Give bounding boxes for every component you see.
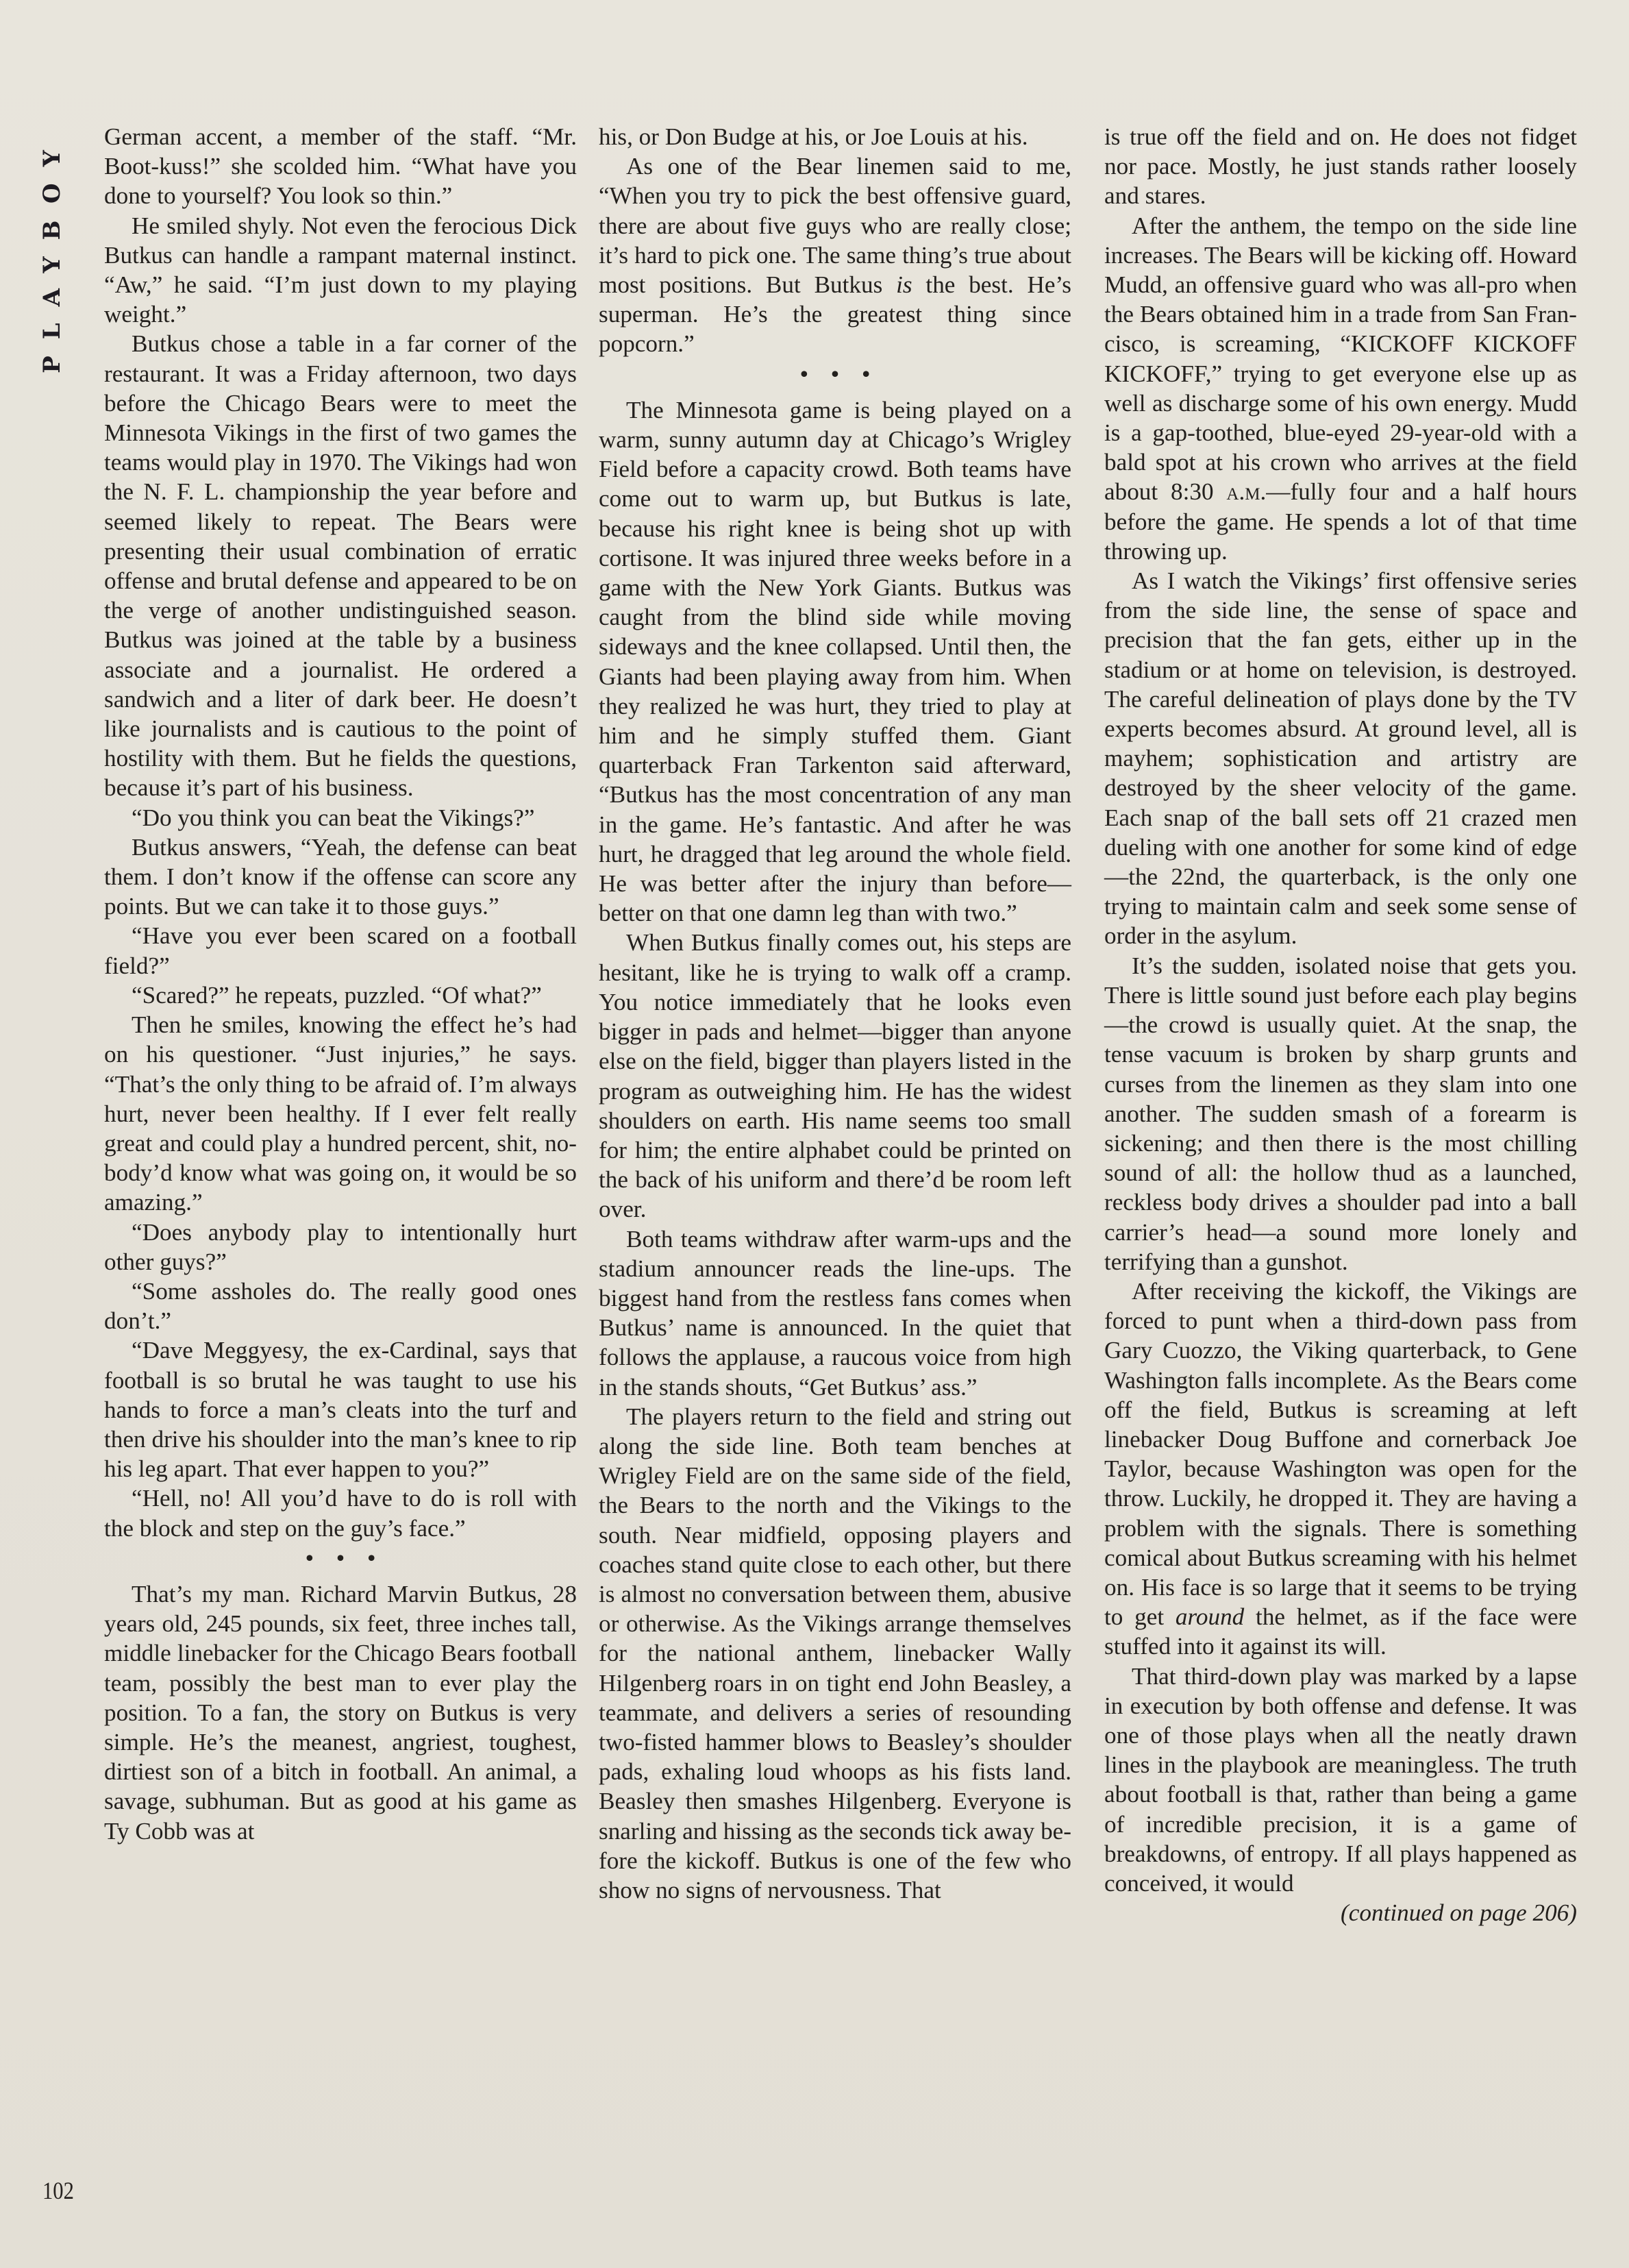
- emphasis-text: around: [1176, 1603, 1244, 1630]
- paragraph: “Does anybody play to intentionally hurt…: [104, 1218, 577, 1277]
- paragraph: his, or Don Budge at his, or Joe Louis a…: [599, 122, 1071, 151]
- paragraph: “Dave Meggyesy, the ex-Cardinal, says th…: [104, 1335, 577, 1483]
- section-break-dots: •••: [104, 1543, 577, 1573]
- time-abbreviation: a.m.: [1226, 478, 1266, 505]
- article-column-3: is true off the field and on. He does no…: [1104, 122, 1577, 1927]
- text-run: After the anthem, the tempo on the side …: [1104, 212, 1577, 506]
- paragraph: “Some assholes do. The really good ones …: [104, 1277, 577, 1335]
- paragraph: When Butkus finally comes out, his steps…: [599, 928, 1071, 1224]
- page-number: 102: [42, 2176, 74, 2205]
- paragraph: It’s the sudden, isolated noise that get…: [1104, 951, 1577, 1277]
- paragraph: “Hell, no! All you’d have to do is roll …: [104, 1483, 577, 1542]
- paragraph: “Do you think you can beat the Vikings?”: [104, 803, 577, 833]
- paragraph: As one of the Bear linemen said to me, “…: [599, 151, 1071, 358]
- paragraph: “Scared?” he repeats, puzzled. “Of what?…: [104, 981, 577, 1010]
- paragraph: German accent, a member of the staff. “M…: [104, 122, 577, 211]
- paragraph: “Have you ever been scared on a football…: [104, 921, 577, 980]
- continued-on-page-link[interactable]: (continued on page 206): [1104, 1898, 1577, 1927]
- paragraph: Then he smiles, knowing the effect he’s …: [104, 1010, 577, 1217]
- emphasis-text: is: [896, 271, 912, 298]
- paragraph: After receiving the kickoff, the Vi­king…: [1104, 1277, 1577, 1662]
- article-column-1: German accent, a member of the staff. “M…: [104, 122, 577, 1846]
- magazine-page: PLAYBOY 102 German accent, a member of t…: [0, 0, 1629, 2268]
- text-run: After receiving the kickoff, the Vi­king…: [1104, 1278, 1577, 1630]
- paragraph: Both teams withdraw after warm-ups and t…: [599, 1224, 1071, 1402]
- paragraph: Butkus chose a table in a far corner of …: [104, 329, 577, 802]
- vertical-brand-logo: PLAYBOY: [38, 123, 66, 384]
- brand-text: PLAYBOY: [38, 134, 66, 373]
- paragraph: The players return to the field and stri…: [599, 1402, 1071, 1905]
- paragraph: He smiled shyly. Not even the fero­cious…: [104, 211, 577, 330]
- paragraph: As I watch the Vikings’ first offensive …: [1104, 566, 1577, 951]
- paragraph: is true off the field and on. He does no…: [1104, 122, 1577, 211]
- paragraph: After the anthem, the tempo on the side …: [1104, 211, 1577, 566]
- article-column-2: his, or Don Budge at his, or Joe Louis a…: [599, 122, 1071, 1905]
- paragraph: That third-down play was marked by a lap…: [1104, 1662, 1577, 1899]
- paragraph: The Minnesota game is being played on a …: [599, 395, 1071, 928]
- paragraph: Butkus answers, “Yeah, the defense can b…: [104, 833, 577, 922]
- paragraph: That’s my man. Richard Marvin But­kus, 2…: [104, 1579, 577, 1846]
- section-break-dots: •••: [599, 359, 1071, 389]
